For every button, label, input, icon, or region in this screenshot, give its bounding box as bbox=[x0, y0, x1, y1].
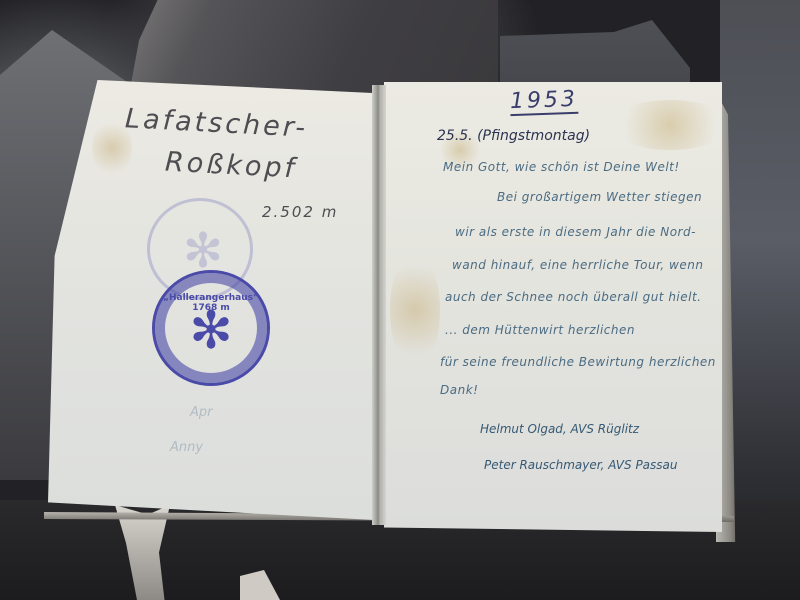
water-stain bbox=[610, 100, 730, 150]
entry-line: Dank! bbox=[440, 383, 478, 397]
entry-line: wand hinauf, eine herrliche Tour, wenn bbox=[452, 258, 703, 272]
entry-line: Bei großartigem Wetter stiegen bbox=[497, 190, 702, 204]
entry-line: wir als erste in diesem Jahr die Nord- bbox=[455, 225, 696, 239]
entry-line: auch der Schnee noch überall gut hielt. bbox=[445, 290, 702, 304]
book-spine bbox=[372, 85, 386, 525]
faint-writing: Apr bbox=[190, 405, 213, 420]
entry-line: Mein Gott, wie schön ist Deine Welt! bbox=[443, 160, 680, 174]
summit-altitude: 2.502 m bbox=[262, 203, 338, 221]
signature: Peter Rauschmayer, AVS Passau bbox=[484, 458, 678, 472]
logbook: Lafatscher- Roßkopf 2.502 m ✻ „Hallerang… bbox=[0, 0, 800, 600]
entry-year: 1953 bbox=[510, 87, 579, 116]
water-stain bbox=[390, 250, 440, 370]
faint-writing: Anny bbox=[170, 440, 203, 455]
signature: Helmut Olgad, AVS Rüglitz bbox=[480, 422, 639, 436]
entry-line: für seine freundliche Bewirtung herzlich… bbox=[440, 355, 716, 369]
edelweiss-icon: ✻ bbox=[183, 303, 239, 359]
hut-stamp: „Hallerangerhaus“ 1768 m ✻ bbox=[152, 270, 270, 386]
entry-line: ... dem Hüttenwirt herzlichen bbox=[445, 323, 635, 337]
entry-date: 25.5. (Pfingstmontag) bbox=[437, 128, 590, 144]
